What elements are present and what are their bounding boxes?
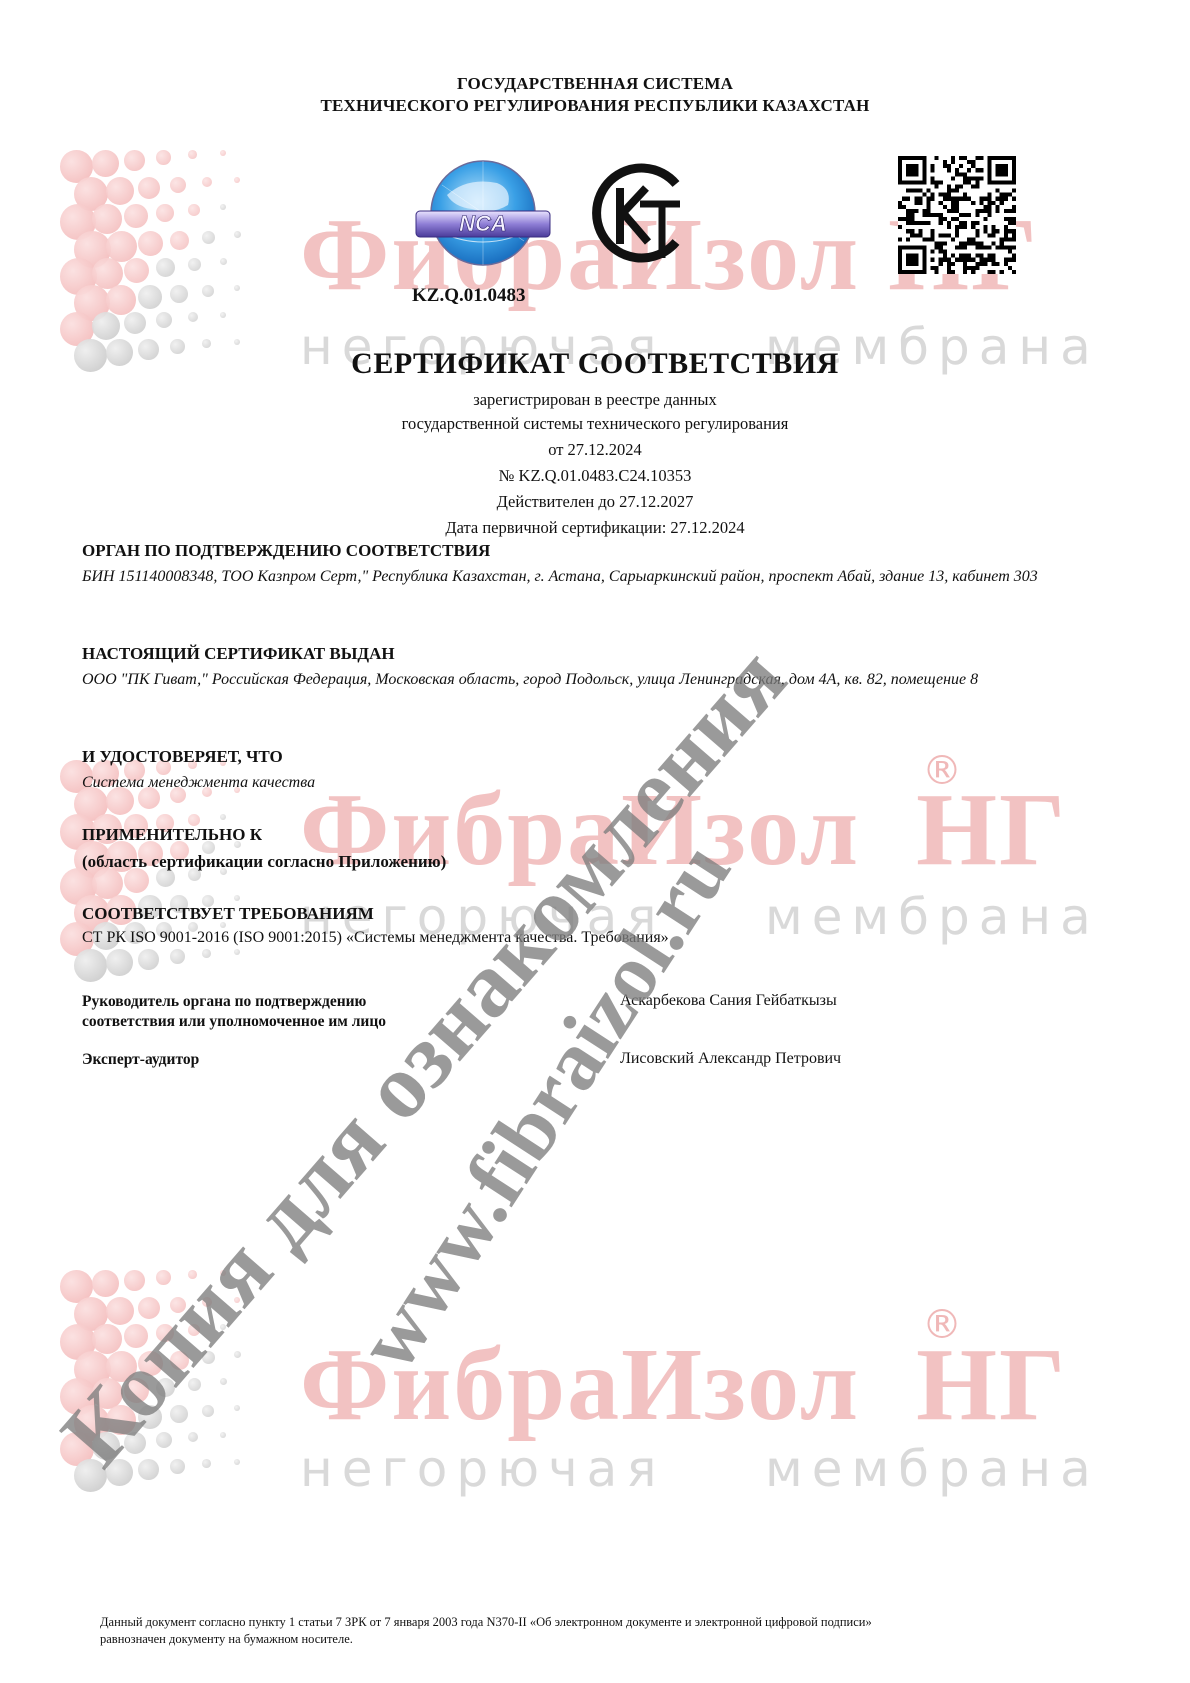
first-certification-date: Дата первичной сертификации: 27.12.2024 (0, 518, 1190, 538)
section-text-body: БИН 151140008348, ТОО Казпром Серт," Рес… (82, 564, 1112, 589)
accreditation-code: KZ.Q.01.0483 (412, 285, 525, 307)
dots-pattern-icon (60, 150, 290, 380)
nca-globe-logo-icon: NCA (412, 155, 554, 275)
section-heading-issued-to: НАСТОЯЩИЙ СЕРТИФИКАТ ВЫДАН (82, 644, 395, 664)
header-line-2: ТЕХНИЧЕСКОГО РЕГУЛИРОВАНИЯ РЕСПУБЛИКИ КА… (0, 96, 1190, 116)
section-heading-certifies: И УДОСТОВЕРЯЕТ, ЧТО (82, 747, 283, 767)
section-subheading-applies-to: (область сертификации согласно Приложени… (82, 852, 446, 872)
signatory-role-auditor: Эксперт-аудитор (82, 1050, 199, 1070)
kt-conformity-mark-icon (584, 158, 694, 268)
registered-mark-icon: ® (922, 1302, 962, 1348)
certificate-title: СЕРТИФИКАТ СООТВЕТСТВИЯ (0, 347, 1190, 381)
header-line-1: ГОСУДАРСТВЕННАЯ СИСТЕМА (0, 74, 1190, 94)
section-heading-body: ОРГАН ПО ПОДТВЕРЖДЕНИЮ СООТВЕТСТВИЯ (82, 541, 490, 561)
section-heading-applies-to: ПРИМЕНИТЕЛЬНО К (82, 825, 262, 845)
signatory-role-head: Руководитель органа по подтверждению соо… (82, 992, 386, 1032)
svg-text:NCA: NCA (459, 211, 507, 236)
legal-footer: Данный документ согласно пункту 1 статьи… (100, 1614, 872, 1648)
section-heading-complies: СООТВЕТСТВУЕТ ТРЕБОВАНИЯМ (82, 904, 374, 924)
valid-until: Действителен до 27.12.2027 (0, 492, 1190, 512)
qr-code[interactable] (898, 156, 1016, 274)
signatory-name-auditor: Лисовский Александр Петрович (620, 1050, 841, 1068)
registered-line-1: зарегистрирован в реестре данных (0, 390, 1190, 410)
registered-line-2: государственной системы технического рег… (0, 414, 1190, 434)
certificate-number: № KZ.Q.01.0483.C24.10353 (0, 466, 1190, 486)
registration-date: от 27.12.2024 (0, 440, 1190, 460)
brand-tagline: негорючая мембрана (300, 1440, 1100, 1498)
section-text-issued-to: ООО "ПК Гиват," Российская Федерация, Мо… (82, 667, 1112, 692)
